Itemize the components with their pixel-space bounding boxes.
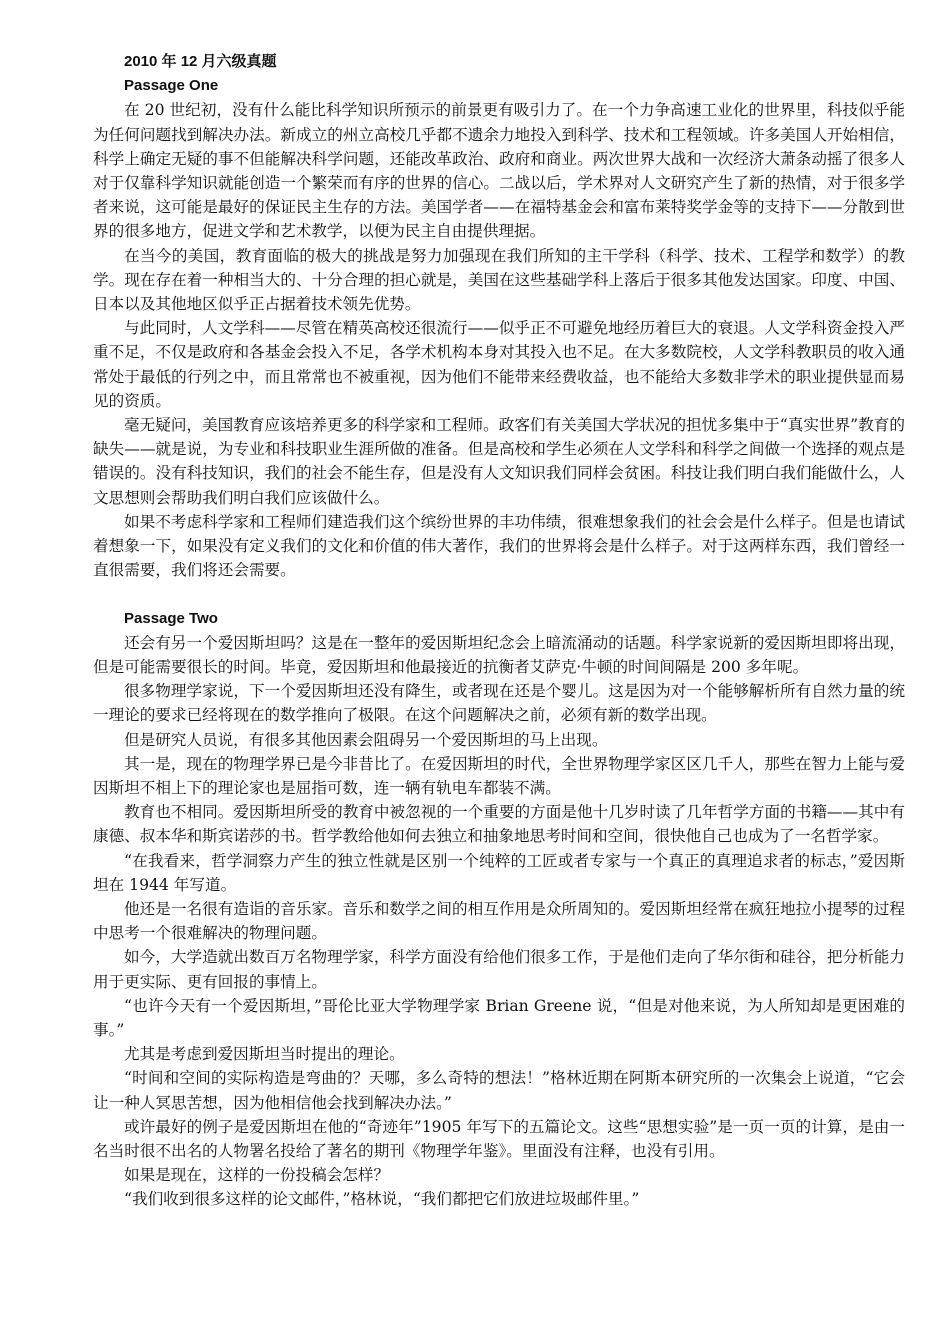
passage-two-heading: Passage Two — [93, 607, 905, 631]
paragraph: 他还是一名很有造诣的音乐家。音乐和数学之间的相互作用是众所周知的。爱因斯坦经常在… — [93, 897, 905, 945]
paragraph: 如果是现在，这样的一份投稿会怎样？ — [93, 1163, 905, 1187]
paragraph: “在我看来，哲学洞察力产生的独立性就是区别一个纯粹的工匠或者专家与一个真正的真理… — [93, 849, 905, 897]
paragraph: “我们收到很多这样的论文邮件，”格林说，“我们都把它们放进垃圾邮件里。” — [93, 1187, 905, 1211]
passage-one-heading: Passage One — [93, 74, 905, 98]
paragraph: 如今，大学造就出数百万名物理学家，科学方面没有给他们很多工作，于是他们走向了华尔… — [93, 945, 905, 993]
paragraph: 教育也不相同。爱因斯坦所受的教育中被忽视的一个重要的方面是他十几岁时读了几年哲学… — [93, 800, 905, 848]
paragraph: “也许今天有一个爱因斯坦，”哥伦比亚大学物理学家 Brian Greene 说，… — [93, 994, 905, 1042]
paragraph: 在当今的美国，教育面临的极大的挑战是努力加强现在我们所知的主干学科（科学、技术、… — [93, 244, 905, 317]
paragraph: 或许最好的例子是爱因斯坦在他的“奇迹年”1905 年写下的五篇论文。这些“思想实… — [93, 1115, 905, 1163]
paragraph: 很多物理学家说，下一个爱因斯坦还没有降生，或者现在还是个婴儿。这是因为对一个能够… — [93, 679, 905, 727]
paragraph: 在 20 世纪初，没有什么能比科学知识所预示的前景更有吸引力了。在一个力争高速工… — [93, 98, 905, 243]
document-page: 2010 年 12 月六级真题 Passage One 在 20 世纪初，没有什… — [93, 50, 905, 1212]
paragraph: 其一是，现在的物理学界已是今非昔比了。在爱因斯坦的时代，全世界物理学家区区几千人… — [93, 752, 905, 800]
blank-line — [93, 582, 905, 606]
paragraph: 尤其是考虑到爱因斯坦当时提出的理论。 — [93, 1042, 905, 1066]
paragraph: 还会有另一个爱因斯坦吗？这是在一整年的爱因斯坦纪念会上暗流涌动的话题。科学家说新… — [93, 631, 905, 679]
paragraph: 毫无疑问，美国教育应该培养更多的科学家和工程师。政客们有关美国大学状况的担忧多集… — [93, 413, 905, 510]
paragraph: 但是研究人员说，有很多其他因素会阻碍另一个爱因斯坦的马上出现。 — [93, 728, 905, 752]
paragraph: 与此同时，人文学科——尽管在精英高校还很流行——似乎正不可避免地经历着巨大的衰退… — [93, 316, 905, 413]
paragraph: “时间和空间的实际构造是弯曲的？天哪，多么奇特的想法！”格林近期在阿斯本研究所的… — [93, 1066, 905, 1114]
paragraph: 如果不考虑科学家和工程师们建造我们这个缤纷世界的丰功伟绩，很难想象我们的社会会是… — [93, 510, 905, 583]
document-title: 2010 年 12 月六级真题 — [93, 50, 905, 74]
